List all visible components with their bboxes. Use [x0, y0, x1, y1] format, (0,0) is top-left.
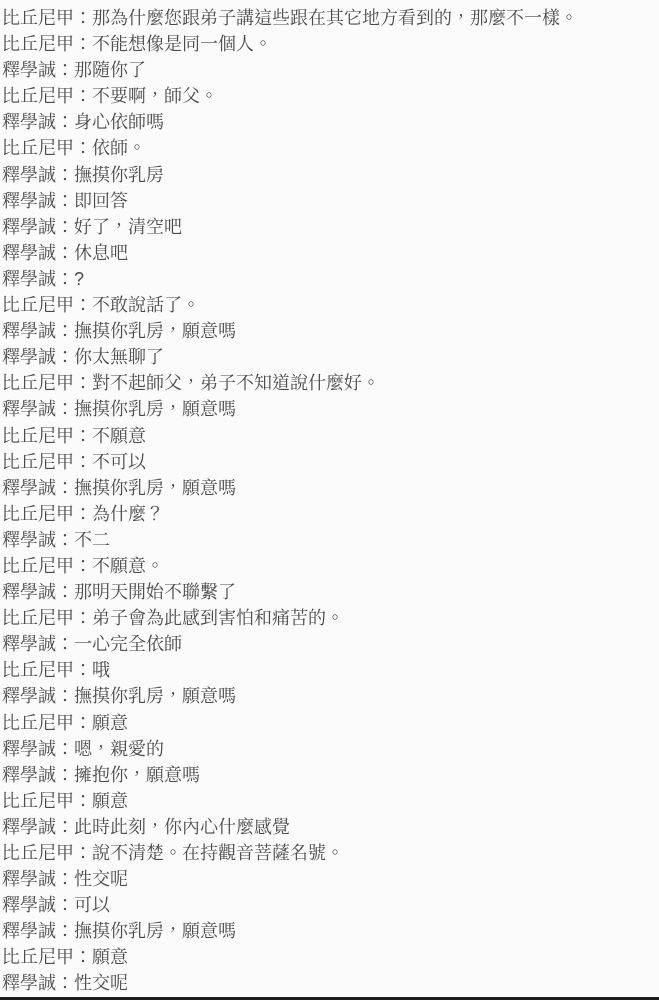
transcript-line: 比丘尼甲：不可以: [2, 449, 655, 475]
transcript-line: 比丘尼甲：不敢說話了。: [2, 292, 655, 318]
transcript-line: 比丘尼甲：那為什麼您跟弟子講這些跟在其它地方看到的，那麼不一樣。: [2, 5, 655, 31]
transcript-line: 釋學誠：你太無聊了: [2, 344, 655, 370]
transcript-line: 釋學誠：?: [2, 266, 655, 292]
transcript-line: 釋學誠：性交呢: [2, 866, 655, 892]
transcript-line: 釋學誠：那隨你了: [2, 57, 655, 83]
transcript-line: 釋學誠：撫摸你乳房，願意嗎: [2, 475, 655, 501]
transcript-line: 釋學誠：撫摸你乳房，願意嗎: [2, 318, 655, 344]
transcript-line: 釋學誠：休息吧: [2, 240, 655, 266]
transcript-line: 釋學誠：性交呢: [2, 970, 655, 996]
transcript-line: 比丘尼甲：不能想像是同一個人。: [2, 31, 655, 57]
transcript-line: 釋學誠：撫摸你乳房，願意嗎: [2, 918, 655, 944]
transcript-line: 釋學誠：好了，清空吧: [2, 214, 655, 240]
transcript-line: 釋學誠：嗯，親愛的: [2, 736, 655, 762]
transcript-line: 比丘尼甲：願意: [2, 788, 655, 814]
transcript-line: 釋學誠：撫摸你乳房，願意嗎: [2, 396, 655, 422]
transcript-line: 釋學誠：一心完全依師: [2, 631, 655, 657]
transcript-line: 比丘尼甲：不願意: [2, 423, 655, 449]
transcript: 比丘尼甲：那為什麼您跟弟子講這些跟在其它地方看到的，那麼不一樣。比丘尼甲：不能想…: [0, 0, 659, 997]
transcript-line: 比丘尼甲：不要啊，師父。: [2, 83, 655, 109]
transcript-line: 比丘尼甲：說不清楚。在持觀音菩薩名號。: [2, 840, 655, 866]
transcript-line: 比丘尼甲：願意: [2, 944, 655, 970]
transcript-line: 釋學誠：即回答: [2, 188, 655, 214]
transcript-line: 釋學誠：可以: [2, 892, 655, 918]
transcript-line: 比丘尼甲：哦: [2, 657, 655, 683]
transcript-line: 比丘尼甲：對不起師父，弟子不知道說什麼好。: [2, 370, 655, 396]
transcript-line: 釋學誠：身心依師嗎: [2, 109, 655, 135]
transcript-line: 釋學誠：不二: [2, 527, 655, 553]
transcript-line: 比丘尼甲：弟子會為此感到害怕和痛苦的。: [2, 605, 655, 631]
transcript-line: 比丘尼甲：為什麼？: [2, 501, 655, 527]
transcript-line: 釋學誠：撫摸你乳房: [2, 162, 655, 188]
transcript-line: 釋學誠：擁抱你，願意嗎: [2, 762, 655, 788]
transcript-line: 釋學誠：那明天開始不聯繫了: [2, 579, 655, 605]
transcript-line: 釋學誠：此時此刻，你內心什麼感覺: [2, 814, 655, 840]
transcript-line: 比丘尼甲：願意: [2, 710, 655, 736]
transcript-line: 比丘尼甲：不願意。: [2, 553, 655, 579]
transcript-line: 比丘尼甲：依師。: [2, 135, 655, 161]
transcript-line: 釋學誠：撫摸你乳房，願意嗎: [2, 683, 655, 709]
